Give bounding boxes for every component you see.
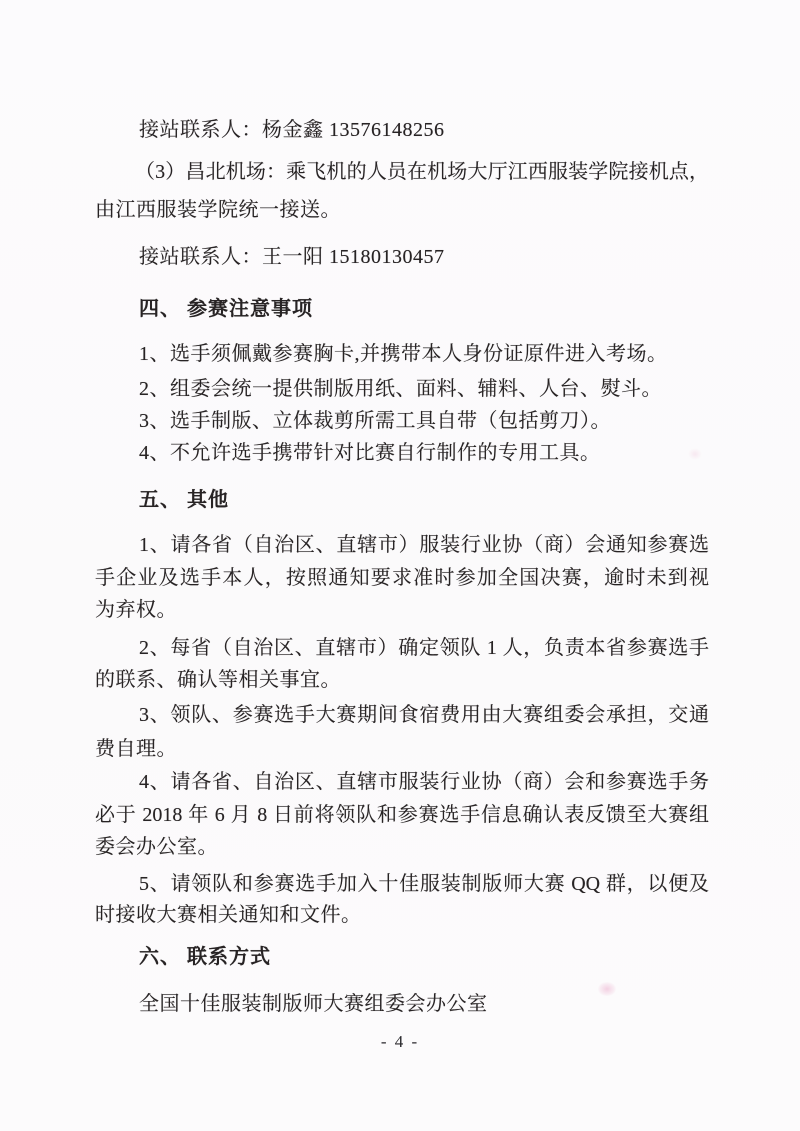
airport-pickup-line-2: 由江西服装学院统一接送。 xyxy=(95,197,709,224)
other-item-5-line-1: 5、请领队和参赛选手加入十佳服装制版师大赛 QQ 群，以便及 xyxy=(95,871,709,898)
other-item-2-line-1: 2、每省（自治区、直辖市）确定领队 1 人，负责本省参赛选手 xyxy=(95,635,709,662)
other-item-4-line-1: 4、请各省、自治区、直辖市服装行业协（商）会和参赛选手务 xyxy=(95,769,709,796)
section-heading-contact: 六、 联系方式 xyxy=(95,944,709,971)
other-item-1-line-2: 手企业及选手本人，按照通知要求准时参加全国决赛，逾时未到视 xyxy=(95,565,709,592)
committee-office-line: 全国十佳服装制版师大赛组委会办公室 xyxy=(95,991,709,1018)
other-item-3-line-1: 3、领队、参赛选手大赛期间食宿费用由大赛组委会承担，交通 xyxy=(95,702,709,729)
notice-item-1: 1、选手须佩戴参赛胸卡,并携带本人身份证原件进入考场。 xyxy=(95,341,709,368)
other-item-4-line-2: 必于 2018 年 6 月 8 日前将领队和参赛选手信息确认表反馈至大赛组 xyxy=(95,802,709,829)
notice-item-2: 2、组委会统一提供制版用纸、面料、辅料、人台、熨斗。 xyxy=(95,376,709,403)
airport-pickup-line-1: （3）昌北机场：乘飞机的人员在机场大厅江西服装学院接机点， xyxy=(95,159,709,186)
section-heading-other: 五、 其他 xyxy=(95,487,709,514)
other-item-1-line-1: 1、请各省（自治区、直辖市）服装行业协（商）会通知参赛选 xyxy=(95,532,709,559)
section-heading-notice: 四、 参赛注意事项 xyxy=(95,296,709,323)
station-contact-line-1: 接站联系人：杨金鑫 13576148256 xyxy=(95,117,709,144)
other-item-3-line-2: 费自理。 xyxy=(95,736,709,763)
scanned-document-page: 接站联系人：杨金鑫 13576148256 （3）昌北机场：乘飞机的人员在机场大… xyxy=(0,0,800,1131)
notice-item-4: 4、不允许选手携带针对比赛自行制作的专用工具。 xyxy=(95,440,709,467)
station-contact-line-2: 接站联系人：王一阳 15180130457 xyxy=(95,244,709,271)
notice-item-3: 3、选手制版、立体裁剪所需工具自带（包括剪刀）。 xyxy=(95,408,709,435)
other-item-1-line-3: 为弃权。 xyxy=(95,597,709,624)
page-number: - 4 - xyxy=(0,1032,800,1052)
other-item-5-line-2: 时接收大赛相关通知和文件。 xyxy=(95,902,709,929)
other-item-4-line-3: 委会办公室。 xyxy=(95,834,709,861)
other-item-2-line-2: 的联系、确认等相关事宜。 xyxy=(95,667,709,694)
